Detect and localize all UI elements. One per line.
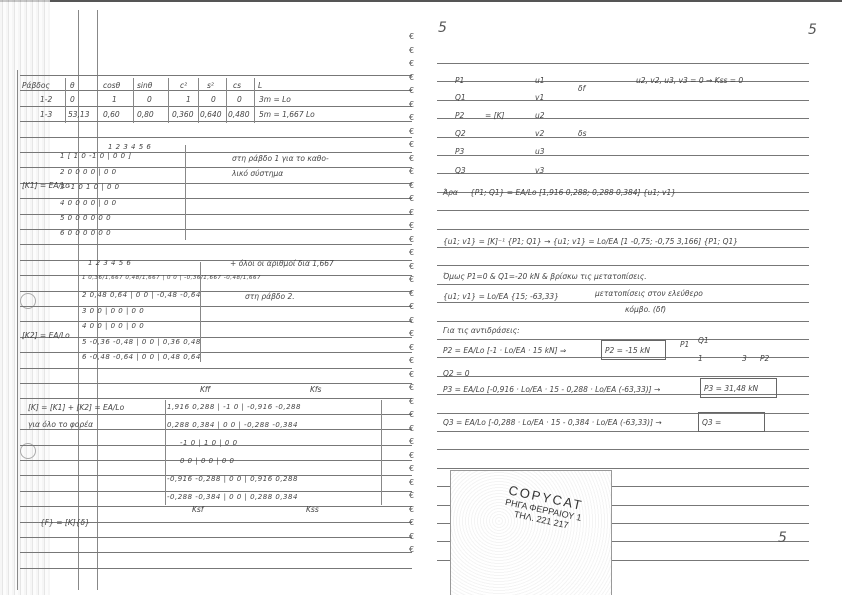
inverse-eq: {u1; v1} = [K]⁻¹ {P1; Q1} → {u1; v1} = L… (443, 237, 738, 246)
row2-L: 5m = 1,667 Lo (259, 110, 315, 119)
k2-row: 5 -0,36 -0,48 | 0 0 | 0,36 0,48 (82, 338, 201, 346)
k-total-row: -0,288 -0,384 | 0 0 | 0,288 0,384 (167, 493, 298, 501)
k1-note: στη ράβδο 1 για το καθο- (232, 154, 329, 163)
margin-line (78, 10, 79, 590)
ruled-line (20, 244, 412, 245)
row1-c2: 1 (186, 95, 191, 104)
ruled-line (437, 173, 809, 174)
table-header-bar: Ράβδος (22, 81, 50, 90)
equals-k: = [K] (485, 111, 504, 120)
k2-row: 1 0,36/1,667 0,48/1,667 | 0 0 | -0,36/1,… (82, 275, 261, 281)
k-total-sublabel: για όλο το φορέα (28, 420, 93, 429)
ruled-line (20, 106, 412, 107)
ruled-line (20, 337, 412, 338)
vec-Q1: Q1 (455, 93, 466, 102)
k2-row: 4 0 0 | 0 0 | 0 0 (82, 322, 144, 330)
ruled-line (437, 210, 809, 211)
ruled-line (20, 321, 412, 322)
row1-cs: 0 (237, 95, 242, 104)
row2-c2: 0,360 (172, 110, 193, 119)
ruled-line (437, 321, 809, 322)
k2-col-header: 1 2 3 4 5 6 (88, 259, 131, 267)
ruled-line (20, 137, 412, 138)
page-mark: 5 (778, 530, 787, 546)
k-total-row: -0,916 -0,288 | 0 0 | 0,916 0,288 (167, 475, 298, 483)
sketch-label: Q1 (698, 336, 709, 345)
ruled-line (437, 284, 809, 285)
row2-theta: 53,13 (68, 110, 89, 119)
boundary-condition-note: u2, v2, u3, v3 = 0 → Kss = 0 (636, 76, 743, 85)
ruled-line (437, 137, 809, 138)
margin-line (97, 10, 98, 590)
vec-P1: P1 (455, 76, 464, 85)
row2-cs: 0,480 (228, 110, 249, 119)
reaction-p2-result: P2 = -15 kN (605, 346, 650, 355)
displacement-note: μετατοπίσεις στον ελεύθερο (595, 289, 703, 298)
table-header-L: L (258, 81, 262, 90)
ruled-line (437, 81, 809, 82)
k1-row: 3 -1 0 1 0 | 0 0 (60, 183, 120, 191)
ruled-line (437, 100, 809, 101)
ruled-line (437, 468, 809, 469)
row1-s2: 0 (211, 95, 216, 104)
row1-bar: 1-2 (40, 95, 52, 104)
row1-cos: 1 (112, 95, 117, 104)
row2-sin: 0,80 (137, 110, 154, 119)
ruled-line (20, 429, 412, 430)
kfs-label: Kfs (310, 385, 321, 394)
k-total-row: 0,288 0,384 | 0 0 | -0,288 -0,384 (167, 421, 298, 429)
vec-v3: v3 (535, 166, 544, 175)
reactions-title: Για τις αντιδράσεις: (443, 326, 520, 335)
perforation-marks: €€€€€€€€€€€€€€€€€€€€€€€€€€€€€€€€€€€€€€€ (409, 30, 417, 575)
table-header-cs: cs (233, 81, 241, 90)
vec-P2: P2 (455, 111, 464, 120)
sketch-label: P2 (760, 354, 769, 363)
k1-note: λικό σύστημα (232, 169, 283, 178)
brace-label-support: δs (578, 129, 587, 138)
ruled-line (437, 247, 809, 248)
margin-line (17, 70, 18, 590)
k2-note: στη ράβδο 2. (245, 292, 295, 301)
table-header-s2: s² (207, 81, 214, 90)
vec-u1: u1 (535, 76, 545, 85)
vec-u2: u2 (535, 111, 545, 120)
table-col-divider (254, 78, 255, 123)
ruled-line (437, 229, 809, 230)
given-loads: Όμως P1=0 & Q1=-20 kN & βρίσκω τις μετατ… (443, 272, 647, 281)
displacement-eq: {u1; v1} = Lo/EA {15; -63,33} (443, 292, 559, 301)
ruled-line (20, 121, 412, 122)
page-mark: 5 (808, 22, 817, 38)
page-mark: 5 (438, 20, 447, 36)
ruled-line (20, 306, 412, 307)
k1-row: 6 0 0 0 0 0 0 (60, 229, 111, 237)
ruled-line (437, 376, 809, 377)
ruled-line (20, 291, 412, 292)
k2-row: 6 -0,48 -0,64 | 0 0 | 0,48 0,64 (82, 353, 201, 361)
vec-Q2: Q2 (455, 129, 466, 138)
k1-row: 4 0 0 0 0 | 0 0 (60, 199, 117, 207)
k2-row: 3 0 0 | 0 0 | 0 0 (82, 307, 144, 315)
table-header-sin: sinθ (137, 81, 152, 90)
ruled-line (437, 63, 809, 64)
ruled-line (20, 75, 412, 76)
table-header-c2: c² (180, 81, 187, 90)
row1-sin: 0 (147, 95, 152, 104)
matrix-border (165, 400, 166, 505)
ruled-line (20, 383, 412, 384)
displacement-note: κόμβο. (δf) (625, 305, 666, 314)
ruled-line (20, 260, 412, 261)
matrix-border (381, 400, 382, 505)
reaction-p3-eq: P3 = EA/Lo [-0,916 · Lo/EA · 15 - 0,288 … (443, 385, 660, 394)
k-total-label: [K] = [K1] + [K2] = EA/Lo (28, 403, 124, 412)
matrix-border (185, 145, 186, 240)
ruled-line (20, 368, 412, 369)
apo-label: Άρα (443, 188, 458, 197)
k-total-row: 0 0 | 0 0 | 0 0 (180, 457, 235, 465)
k1-row: 5 0 0 0 0 0 0 (60, 214, 111, 222)
equilibrium-formula: {F} = [K]{δ} (40, 518, 90, 527)
row2-s2: 0,640 (200, 110, 221, 119)
reaction-p3-result: P3 = 31,48 kN (704, 384, 758, 393)
row1-theta: 0 (70, 95, 75, 104)
table-col-divider (168, 78, 169, 123)
vec-v1: v1 (535, 93, 544, 102)
table-col-divider (133, 78, 134, 123)
k-total-row: 1,916 0,288 | -1 0 | -0,916 -0,288 (167, 403, 301, 411)
row2-bar: 1-3 (40, 110, 52, 119)
reaction-q3-eq: Q3 = EA/Lo [-0,288 · Lo/EA · 15 - 0,384 … (443, 418, 662, 427)
ruled-line (20, 552, 412, 553)
ruled-line (437, 449, 809, 450)
k2-note-top: + όλοι οι αριθμοί δια 1,667 (230, 259, 334, 268)
vec-u3: u3 (535, 147, 545, 156)
table-header-theta: θ (70, 81, 75, 90)
ruled-line (437, 302, 809, 303)
brace-label-free: δf (578, 84, 585, 93)
table-header-cos: cosθ (103, 81, 120, 90)
reaction-q2: Q2 = 0 (443, 369, 470, 378)
reduced-stiffness-eq: {P1; Q1} = EA/Lo [1,916 0,288; 0,288 0,3… (470, 188, 676, 197)
ruled-line (437, 155, 809, 156)
ruled-line (20, 414, 412, 415)
ruled-line (20, 90, 412, 91)
sketch-label: 1 (698, 354, 703, 363)
k1-row: 2 0 0 0 0 | 0 0 (60, 168, 117, 176)
row2-cos: 0,60 (103, 110, 120, 119)
k1-row: 1 [ 1 0 -1 0 | 0 0 ] (60, 152, 132, 160)
vec-v2: v2 (535, 129, 544, 138)
k-total-row: -1 0 | 1 0 | 0 0 (180, 439, 238, 447)
ruled-line (20, 537, 412, 538)
kss-label: Kss (306, 505, 319, 514)
ruled-line (20, 491, 412, 492)
vec-P3: P3 (455, 147, 464, 156)
sketch-label: 3 (742, 354, 747, 363)
table-col-divider (226, 78, 227, 123)
ruled-line (437, 265, 809, 266)
ruled-line (20, 398, 412, 399)
k2-label: [K2] = EA/Lo (22, 331, 70, 340)
vec-Q3: Q3 (455, 166, 466, 175)
matrix-border (200, 262, 201, 362)
reaction-q3-result: Q3 = (702, 418, 721, 427)
ruled-line (20, 352, 412, 353)
k2-row: 2 0,48 0,64 | 0 0 | -0,48 -0,64 (82, 291, 201, 299)
ruled-line (20, 568, 412, 569)
ruled-line (20, 506, 412, 507)
kff-label: Kff (200, 385, 210, 394)
reaction-p2-eq: P2 = EA/Lo [-1 · Lo/EA · 15 kN] ⇒ (443, 346, 566, 355)
row1-L: 3m = Lo (259, 95, 291, 104)
table-col-divider (65, 78, 66, 123)
sketch-label: P1 (680, 340, 689, 349)
table-col-divider (198, 78, 199, 123)
k1-col-header: 1 2 3 4 5 6 (108, 143, 151, 151)
ksf-label: Ksf (192, 505, 203, 514)
